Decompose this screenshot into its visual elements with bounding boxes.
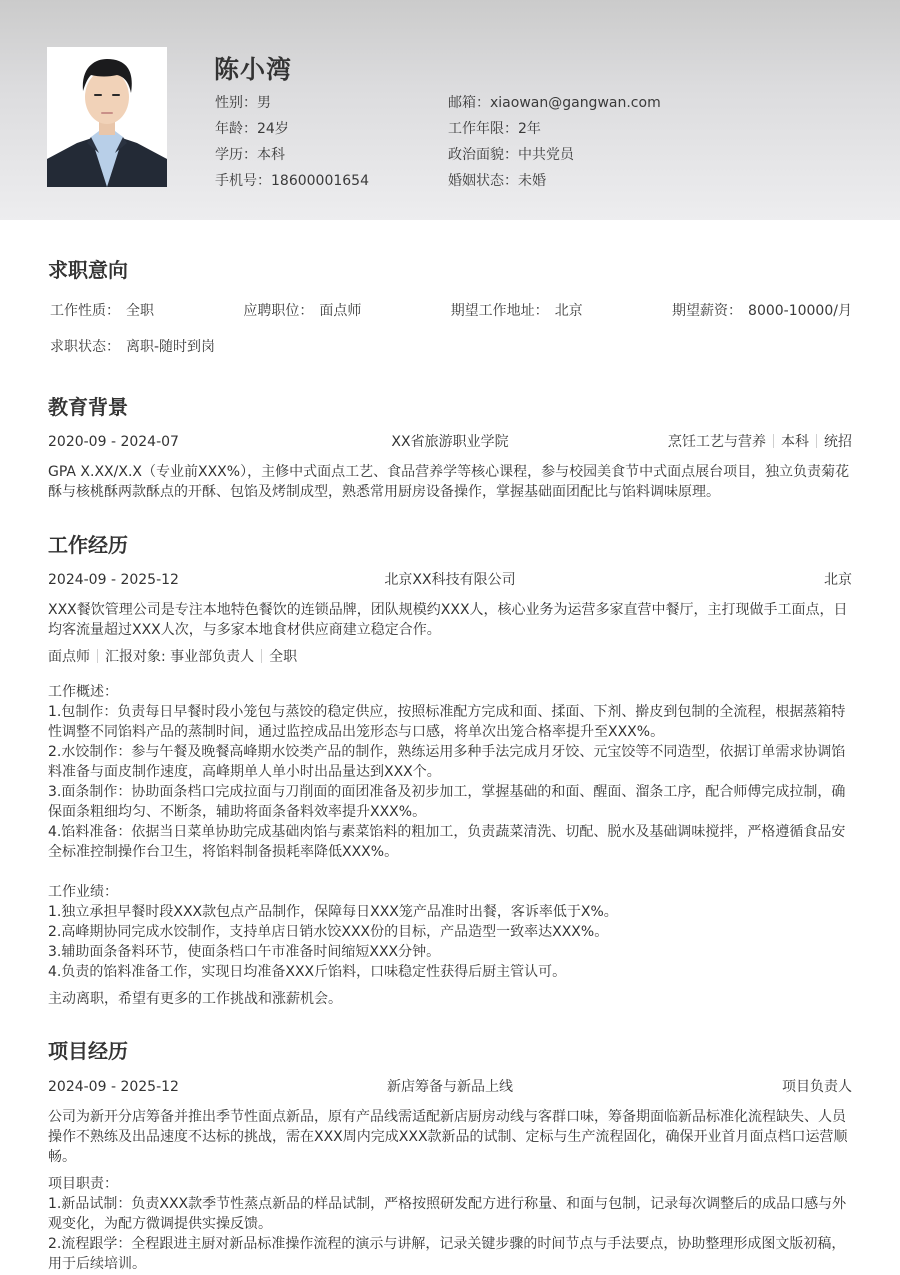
- intent-location: 期望工作地址：北京: [451, 300, 583, 322]
- info-value: 2年: [518, 121, 541, 137]
- person-portrait-icon: [47, 47, 167, 187]
- divider: [97, 649, 98, 663]
- achievement-item: 4.负责的馅料准备工作，实现日均准备XXX斤馅料，口味稳定性获得后厨主管认可。: [48, 962, 852, 982]
- gender-row: 性别：男: [215, 92, 369, 118]
- project-entry: 2024-09 - 2025-12 新店筹备与新品上线 项目负责人 公司为新开分…: [48, 1076, 852, 1274]
- education-description: GPA X.XX/X.X（专业前XXX%），主修中式面点工艺、食品营养学等核心课…: [48, 462, 852, 502]
- section-title-intent: 求职意向: [48, 254, 852, 283]
- education-entry: 2020-09 - 2024-07 XX省旅游职业学院 烹饪工艺与营养本科统招 …: [48, 431, 852, 502]
- school-name: XX省旅游职业学院: [391, 431, 508, 453]
- project-role: 项目负责人: [782, 1076, 852, 1098]
- profile-photo: [47, 47, 167, 187]
- basic-info-left: 性别：男 年龄：24岁 学历：本科 手机号：18600001654: [215, 92, 369, 196]
- info-label: 婚姻状态：: [448, 173, 518, 189]
- intent-status: 求职状态：离职-随时到岗: [50, 336, 215, 358]
- overview-label: 工作概述：: [48, 682, 852, 702]
- political-status-row: 政治面貌：中共党员: [448, 144, 661, 170]
- achievements-label: 工作业绩：: [48, 882, 852, 902]
- info-label: 年龄：: [215, 121, 257, 137]
- degree-row: 学历：本科: [215, 144, 369, 170]
- section-title-project: 项目经历: [48, 1035, 852, 1064]
- basic-info-right: 邮箱：xiaowan@gangwan.com 工作年限：2年 政治面貌：中共党员…: [448, 92, 661, 196]
- overview-item: 3.面条制作：协助面条档口完成拉面与刀削面的面团准备及初步加工，掌握基础的和面、…: [48, 782, 852, 822]
- info-label: 学历：: [215, 147, 257, 163]
- info-value: 24岁: [257, 121, 289, 137]
- info-label: 邮箱：: [448, 95, 490, 111]
- info-value: 男: [257, 95, 271, 111]
- overview-item: 1.包制作：负责每日早餐时段小笼包与蒸饺的稳定供应，按照标准配方完成和面、揉面、…: [48, 702, 852, 742]
- info-label: 工作年限：: [448, 121, 518, 137]
- divider: [261, 649, 262, 663]
- achievement-item: 3.辅助面条备料环节，使面条档口午市准备时间缩短XXX分钟。: [48, 942, 852, 962]
- overview-item: 2.水饺制作：参与午餐及晚餐高峰期水饺类产品的制作，熟练运用多种手法完成月牙饺、…: [48, 742, 852, 782]
- employment-type: 全职: [269, 649, 297, 665]
- experience-years-row: 工作年限：2年: [448, 118, 661, 144]
- education-tags: 烹饪工艺与营养本科统招: [668, 431, 852, 453]
- candidate-name: 陈小湾: [214, 50, 292, 86]
- email-row: 邮箱：xiaowan@gangwan.com: [448, 92, 661, 118]
- project-description: 公司为新开分店筹备并推出季节性面点新品，原有产品线需适配新店厨房动线与客群口味，…: [48, 1107, 852, 1167]
- section-title-work: 工作经历: [48, 529, 852, 558]
- report-to: 汇报对象: 事业部负责人: [105, 649, 254, 665]
- education-period: 2020-09 - 2024-07: [48, 431, 179, 453]
- info-label: 政治面貌：: [448, 147, 518, 163]
- profile-header: 陈小湾 性别：男 年龄：24岁 学历：本科 手机号：18600001654 邮箱…: [0, 0, 900, 220]
- job-title: 面点师: [48, 649, 90, 665]
- degree: 本科: [781, 434, 809, 450]
- age-row: 年龄：24岁: [215, 118, 369, 144]
- company-description: XXX餐饮管理公司是专注本地特色餐饮的连锁品牌，团队规模约XXX人，核心业务为运…: [48, 600, 852, 640]
- major: 烹饪工艺与营养: [668, 434, 766, 450]
- info-value: 本科: [257, 147, 285, 163]
- company-name: 北京XX科技有限公司: [384, 569, 515, 591]
- info-value: 未婚: [518, 173, 546, 189]
- work-period: 2024-09 - 2025-12: [48, 569, 179, 591]
- overview-item: 4.馅料准备：依据当日菜单协助完成基础肉馅与素菜馅料的粗加工，负责蔬菜清洗、切配…: [48, 822, 852, 862]
- work-tags: 面点师汇报对象: 事业部负责人全职: [48, 647, 852, 667]
- intent-salary: 期望薪资：8000-10000/月: [672, 300, 852, 322]
- info-value: 中共党员: [518, 147, 574, 163]
- intent-grid: 工作性质：全职 应聘职位：面点师 期望工作地址：北京 期望薪资：8000-100…: [50, 300, 852, 322]
- project-name: 新店筹备与新品上线: [387, 1076, 513, 1098]
- info-label: 手机号：: [215, 173, 271, 189]
- phone-row: 手机号：18600001654: [215, 170, 369, 196]
- enrollment-type: 统招: [824, 434, 852, 450]
- intent-job-type: 工作性质：全职: [50, 300, 154, 322]
- divider: [773, 434, 774, 448]
- leave-reason: 主动离职，希望有更多的工作挑战和涨薪机会。: [48, 989, 852, 1009]
- duty-item: 2.流程跟学：全程跟进主厨对新品标准操作流程的演示与讲解，记录关键步骤的时间节点…: [48, 1234, 852, 1274]
- achievement-item: 1.独立承担早餐时段XXX款包点产品制作，保障每日XXX笼产品准时出餐，客诉率低…: [48, 902, 852, 922]
- marital-status-row: 婚姻状态：未婚: [448, 170, 661, 196]
- divider: [816, 434, 817, 448]
- intent-position: 应聘职位：面点师: [243, 300, 361, 322]
- duties-label: 项目职责：: [48, 1174, 852, 1194]
- achievement-item: 2.高峰期协同完成水饺制作，支持单店日销水饺XXX份的目标，产品造型一致率达XX…: [48, 922, 852, 942]
- duty-item: 1.新品试制：负责XXX款季节性蒸点新品的样品试制，严格按照研发配方进行称量、和…: [48, 1194, 852, 1234]
- project-period: 2024-09 - 2025-12: [48, 1076, 179, 1098]
- info-value: 18600001654: [271, 173, 369, 189]
- work-location: 北京: [824, 569, 852, 591]
- info-label: 性别：: [215, 95, 257, 111]
- section-title-education: 教育背景: [48, 391, 852, 420]
- info-value: xiaowan@gangwan.com: [490, 95, 661, 111]
- work-entry: 2024-09 - 2025-12 北京XX科技有限公司 北京 XXX餐饮管理公…: [48, 569, 852, 1009]
